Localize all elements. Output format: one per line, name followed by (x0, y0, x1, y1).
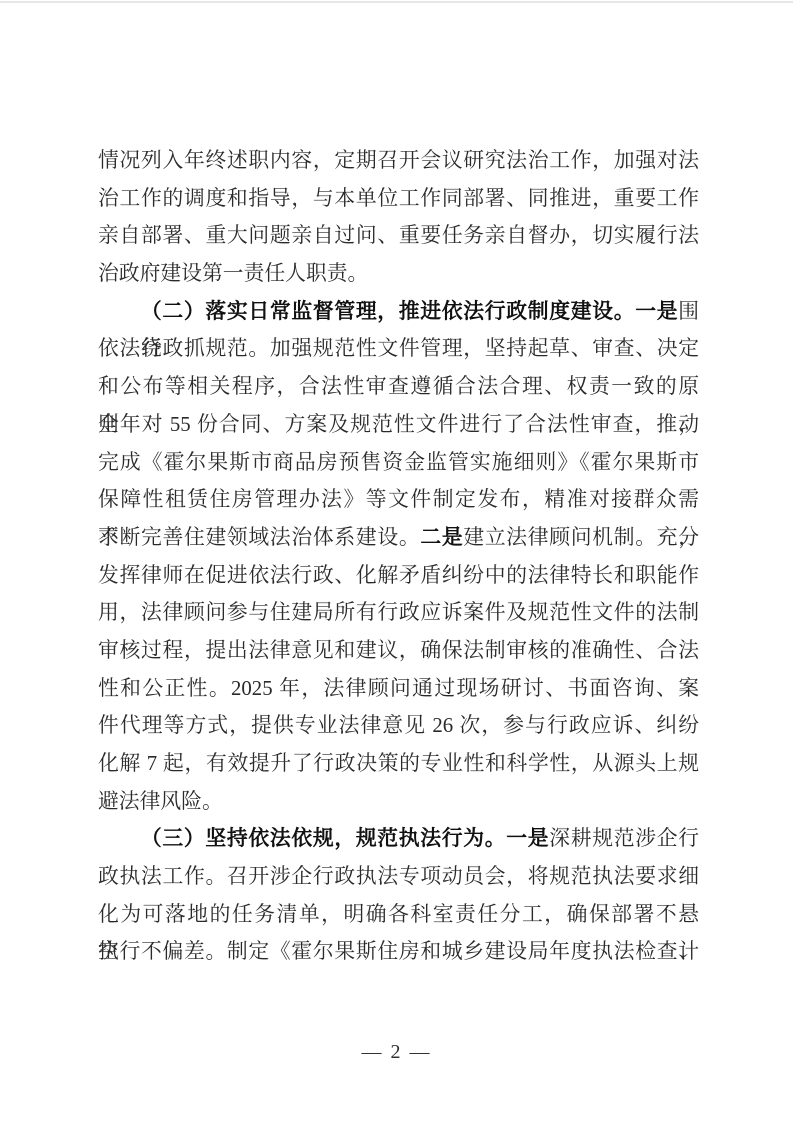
document-line: （二）落实日常监督管理，推进依法行政制度建设。一是围绕 (98, 293, 699, 331)
text-run: 深耕规范涉企行 (549, 827, 699, 850)
text-run: 全年对 55 份合同、方案及规范性文件进行了合法性审查，推动 (98, 413, 699, 436)
text-run: 化解 7 起，有效提升了行政决策的专业性和科学性，从源头上规 (98, 752, 699, 775)
text-run: 情况列入年终述职内容，定期召开会议研究法治工作，加强对法 (98, 149, 699, 172)
bold-text-run: （二）落实日常监督管理，推进依法行政制度建设。一是 (141, 300, 678, 323)
text-run: 依法行政抓规范。加强规范性文件管理，坚持起草、审查、决定 (98, 337, 699, 360)
document-line: 情况列入年终述职内容，定期召开会议研究法治工作，加强对法 (98, 142, 699, 180)
document-line: 完成《霍尔果斯市商品房预售资金监管实施细则》《霍尔果斯市 (98, 444, 699, 482)
document-line: 治工作的调度和指导，与本单位工作同部署、同推进，重要工作 (98, 180, 699, 218)
document-line: 治政府建设第一责任人职责。 (98, 255, 699, 293)
document-line: 政执法工作。召开涉企行政执法专项动员会，将规范执法要求细 (98, 858, 699, 896)
document-line: 依法行政抓规范。加强规范性文件管理，坚持起草、审查、决定 (98, 330, 699, 368)
document-line: 化为可落地的任务清单，明确各科室责任分工，确保部署不悬空、 (98, 896, 699, 934)
document-page: 情况列入年终述职内容，定期召开会议研究法治工作，加强对法治工作的调度和指导，与本… (0, 0, 793, 1122)
text-run: 建立法律顾问机制。充分 (463, 526, 699, 549)
text-run: 发挥律师在促进依法行政、化解矛盾纠纷中的法律特长和职能作 (98, 564, 699, 587)
bold-text-run: 二是 (420, 526, 463, 549)
document-line: 保障性租赁住房管理办法》等文件制定发布，精准对接群众需求， (98, 481, 699, 519)
document-body: 情况列入年终述职内容，定期召开会议研究法治工作，加强对法治工作的调度和指导，与本… (98, 142, 699, 971)
text-run: 件代理等方式，提供专业法律意见 26 次，参与行政应诉、纠纷 (98, 714, 699, 737)
text-run: 审核过程，提出法律意见和建议，确保法制审核的准确性、合法 (98, 639, 699, 662)
document-line: 避法律风险。 (98, 783, 699, 821)
document-line: 执行不偏差。制定《霍尔果斯住房和城乡建设局年度执法检查计 (98, 933, 699, 971)
page-top-edge (0, 1, 793, 3)
bold-text-run: （三）坚持依法依规，规范执法行为。一是 (141, 827, 549, 850)
document-line: 和公布等相关程序，合法性审查遵循合法合理、权责一致的原则， (98, 368, 699, 406)
document-line: 审核过程，提出法律意见和建议，确保法制审核的准确性、合法 (98, 632, 699, 670)
document-line: 不断完善住建领域法治体系建设。二是建立法律顾问机制。充分 (98, 519, 699, 557)
text-run: 亲自部署、重大问题亲自过问、重要任务亲自督办，切实履行法 (98, 224, 699, 247)
document-line: 发挥律师在促进依法行政、化解矛盾纠纷中的法律特长和职能作 (98, 557, 699, 595)
text-run: 用，法律顾问参与住建局所有行政应诉案件及规范性文件的法制 (98, 601, 699, 624)
text-run: 治政府建设第一责任人职责。 (98, 262, 368, 285)
text-run: 治工作的调度和指导，与本单位工作同部署、同推进，重要工作 (98, 187, 699, 210)
document-line: 用，法律顾问参与住建局所有行政应诉案件及规范性文件的法制 (98, 594, 699, 632)
document-line: （三）坚持依法依规，规范执法行为。一是深耕规范涉企行 (98, 820, 699, 858)
text-run: 性和公正性。2025 年，法律顾问通过现场研讨、书面咨询、案 (98, 677, 699, 700)
document-line: 性和公正性。2025 年，法律顾问通过现场研讨、书面咨询、案 (98, 670, 699, 708)
document-line: 全年对 55 份合同、方案及规范性文件进行了合法性审查，推动 (98, 406, 699, 444)
text-run: 执行不偏差。制定《霍尔果斯住房和城乡建设局年度执法检查计 (98, 940, 699, 963)
text-run: 完成《霍尔果斯市商品房预售资金监管实施细则》《霍尔果斯市 (98, 451, 699, 474)
page-number: — 2 — (0, 1040, 793, 1064)
document-line: 件代理等方式，提供专业法律意见 26 次，参与行政应诉、纠纷 (98, 707, 699, 745)
text-run: 避法律风险。 (98, 790, 223, 813)
text-run: 不断完善住建领域法治体系建设。 (98, 526, 420, 549)
document-line: 化解 7 起，有效提升了行政决策的专业性和科学性，从源头上规 (98, 745, 699, 783)
text-run: 政执法工作。召开涉企行政执法专项动员会，将规范执法要求细 (98, 865, 699, 888)
document-line: 亲自部署、重大问题亲自过问、重要任务亲自督办，切实履行法 (98, 217, 699, 255)
